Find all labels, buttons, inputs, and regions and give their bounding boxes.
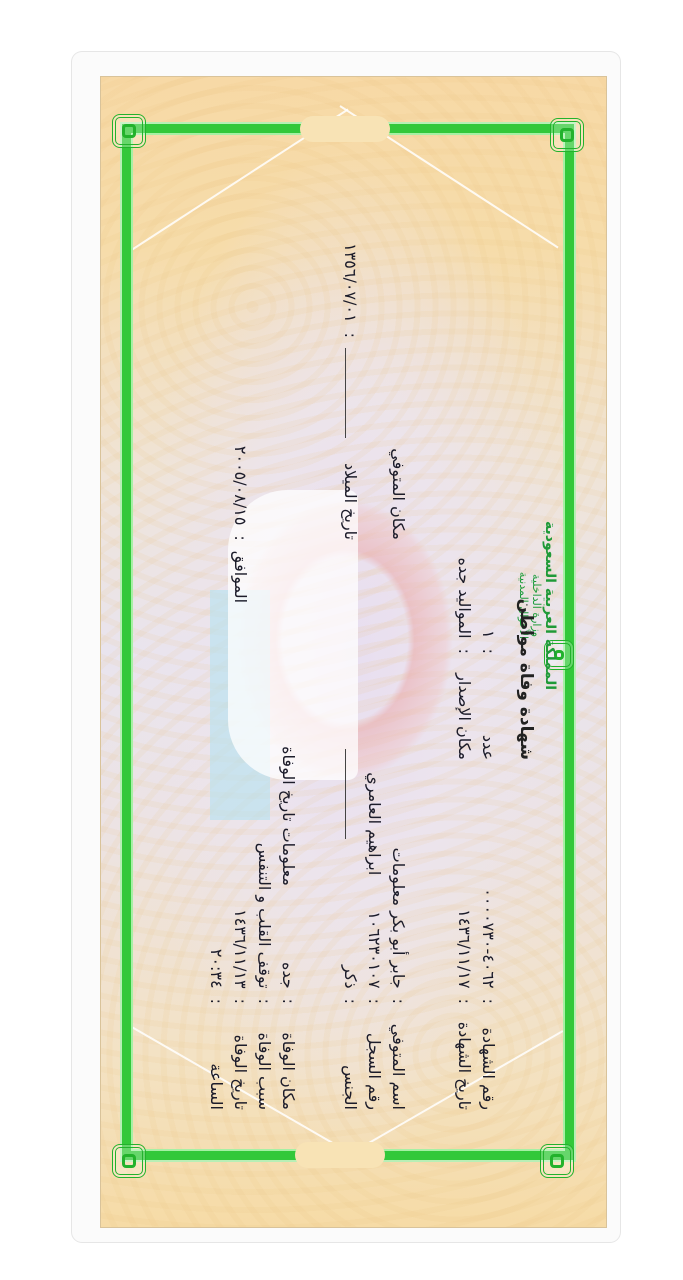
corner-knot-icon — [112, 1144, 146, 1178]
birth-date-label: تاريخ الميلاد — [338, 444, 362, 540]
gender-label: الجنس — [338, 1014, 362, 1110]
death-cause-label: سبب الوفاة — [252, 1014, 276, 1110]
birth-place-row: مكان المتوفي — [386, 243, 410, 540]
record-number-label: رقم السجل — [362, 1014, 386, 1110]
birth-date-row: تاريخ الميلاد : ١٣٥٦/٠٧/٠١ — [338, 243, 362, 540]
death-place-label: مكان الوفاة — [276, 1014, 300, 1110]
separator: : — [386, 999, 410, 1004]
gender-row: الجنس : ذكر — [338, 749, 362, 1110]
section-birth-info: مكان المتوفي تاريخ الميلاد : ١٣٥٦/٠٧/٠١ — [338, 243, 410, 540]
deceased-name-label: اسم المتوفي — [386, 1014, 410, 1110]
section-issue-info: عدد : ١ مكان الإصدار : المواليد جده — [452, 557, 500, 760]
separator: : — [204, 999, 228, 1004]
death-date-value: ١٤٣٦/١١/١٣ — [228, 909, 252, 989]
death-cause-row: سبب الوفاة : توقف القلب و التنفس — [252, 446, 276, 1110]
deceased-name-continued: ابراهيم العامري — [362, 772, 386, 875]
certificate-date-value: ١٤٣٦/١١/١٧ — [452, 909, 476, 989]
certificate-title: شهادة وفاة مواطن — [516, 599, 536, 760]
deceased-name-row: اسم المتوفي : جابر أبو بكر معلومات — [386, 749, 410, 1110]
blank-line — [345, 348, 360, 438]
separator: : — [252, 999, 276, 1004]
certificate-number-row: رقم الشهادة : ٤٠٦٢-٠٠٠٠٧٣٠ — [476, 888, 500, 1110]
border-ornament-bottom — [295, 1142, 385, 1168]
seal-line-1: المملكة العربية السعودية — [543, 521, 556, 690]
certificate-number-value: ٤٠٦٢-٠٠٠٠٧٣٠ — [476, 888, 500, 988]
separator: : — [276, 999, 300, 1004]
issue-place-label: مكان الإصدار — [452, 664, 476, 760]
separator: : — [338, 999, 362, 1004]
count-label: عدد — [476, 664, 500, 760]
birth-date-value: ١٣٥٦/٠٧/٠١ — [338, 243, 362, 323]
separator: : — [338, 333, 362, 338]
separator: : — [476, 999, 500, 1004]
death-date-label: تاريخ الوفاة — [228, 1014, 252, 1110]
separator: : — [228, 999, 252, 1004]
record-number-row: رقم السجل : ١٠٦٢٣٠١٠٧ ابراهيم العامري — [362, 749, 386, 1110]
issue-place-value: المواليد جده — [452, 557, 476, 638]
section-death-info: مكان الوفاة : جده معلومات تاريخ الوفاة س… — [204, 446, 300, 1110]
death-date-info-label: تاريخ الوفاة — [276, 746, 300, 821]
count-value: ١ — [476, 630, 500, 639]
death-place-value: جده — [276, 962, 300, 989]
certificate-date-label: تاريخ الشهادة — [452, 1014, 476, 1110]
separator: : — [228, 535, 252, 540]
issue-place-row: مكان الإصدار : المواليد جده — [452, 557, 476, 760]
certificate-number-label: رقم الشهادة — [476, 1014, 500, 1110]
info-label: معلومات — [276, 828, 300, 886]
time-value: ٢٠:٣٤ — [204, 949, 228, 989]
time-row: الساعة : ٢٠:٣٤ — [204, 446, 228, 1110]
corresponding-date-value: ٢٠٠٥/٠٨/١٥ — [228, 446, 252, 526]
corner-knot-icon — [540, 1144, 574, 1178]
border-ornament-top — [300, 116, 390, 142]
count-row: عدد : ١ — [476, 557, 500, 760]
section-certificate-info: رقم الشهادة : ٤٠٦٢-٠٠٠٠٧٣٠ تاريخ الشهادة… — [452, 888, 500, 1110]
corresponding-label: الموافق — [228, 551, 252, 603]
separator: : — [452, 649, 476, 654]
certificate-date-row: تاريخ الشهادة : ١٤٣٦/١١/١٧ — [452, 888, 476, 1110]
section-deceased-info: اسم المتوفي : جابر أبو بكر معلومات رقم ا… — [338, 749, 410, 1110]
separator: : — [476, 649, 500, 654]
separator: : — [452, 999, 476, 1004]
death-cause-value: توقف القلب و التنفس — [252, 843, 276, 989]
time-label: الساعة — [204, 1014, 228, 1110]
separator: : — [362, 999, 386, 1004]
birth-place-label: مكان المتوفي — [386, 444, 410, 540]
death-place-row: مكان الوفاة : جده معلومات تاريخ الوفاة — [276, 446, 300, 1110]
certificate-content: المملكة العربية السعودية وزارة الداخلية … — [130, 140, 560, 1140]
gender-value: ذكر — [338, 965, 362, 989]
blank-line — [345, 749, 360, 839]
deceased-name-value: جابر أبو بكر معلومات — [386, 848, 410, 989]
death-date-row: تاريخ الوفاة : ١٤٣٦/١١/١٣ الموافق : ٢٠٠٥… — [228, 446, 252, 1110]
record-number-value: ١٠٦٢٣٠١٠٧ — [362, 911, 386, 988]
